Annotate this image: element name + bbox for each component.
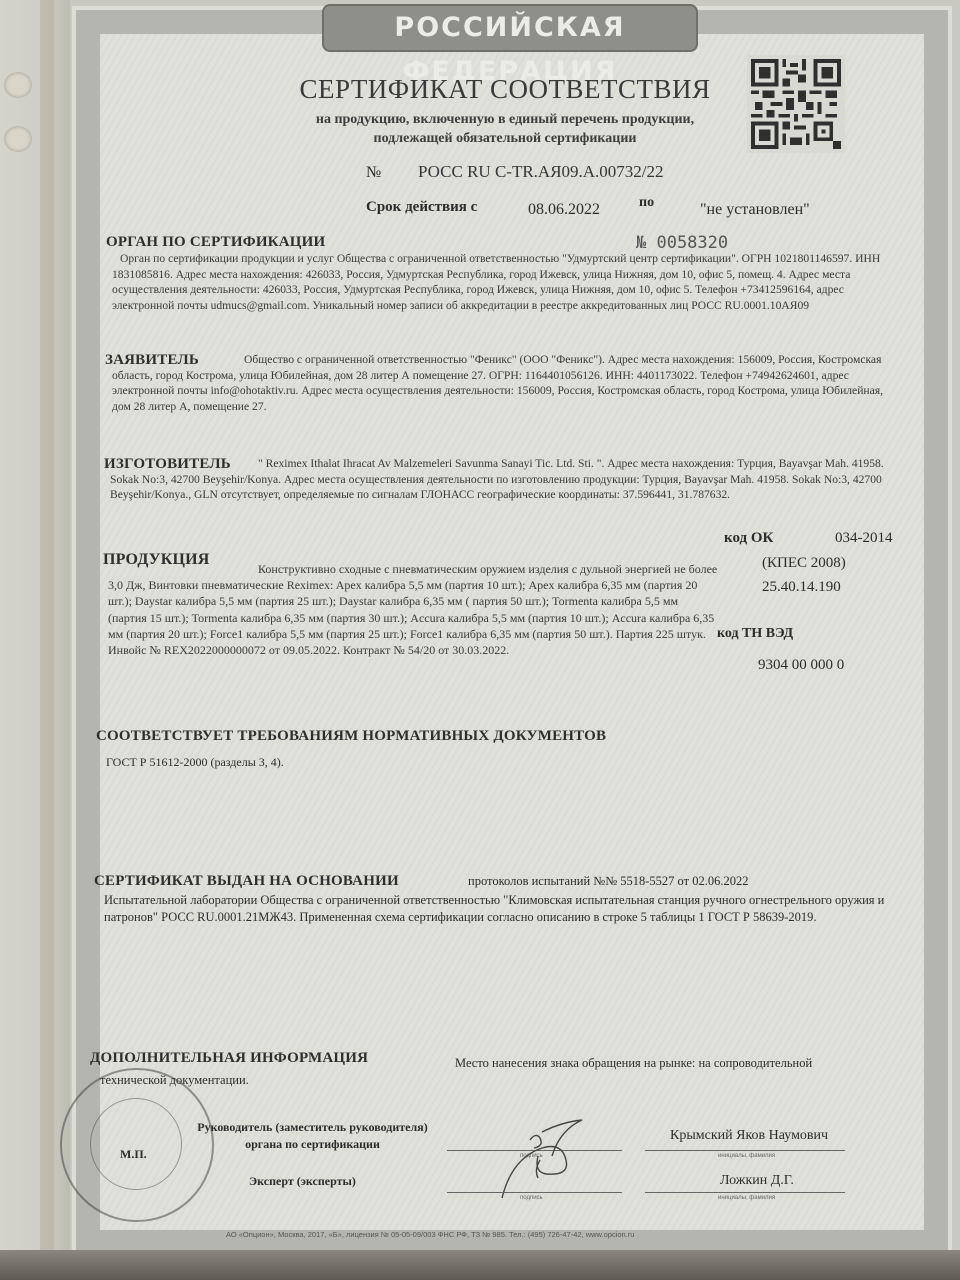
head-name: Крымский Яков Наумович [670,1128,828,1144]
punch-hole [4,72,32,98]
country-banner: РОССИЙСКАЯ ФЕДЕРАЦИЯ [322,4,698,52]
table-surface [0,1250,960,1280]
certification-body-text: Орган по сертификации продукции и услуг … [112,251,902,313]
applicant-content: Общество с ограниченной ответственностью… [112,353,883,413]
tnved-code: 9304 00 000 0 [758,657,844,674]
document-subtitle: на продукцию, включенную в единый перече… [270,110,740,148]
head-name-caption: инициалы, фамилия [718,1153,775,1159]
subtitle-line-2: подлежащей обязательной сертификации [270,129,740,148]
basis-protocols: протоколов испытаний №№ 5518-5527 от 02.… [468,874,748,889]
basis-text: Испытательной лаборатории Общества с огр… [104,892,904,926]
seal-label: М.П. [120,1147,147,1162]
expert-signature-line [447,1192,622,1193]
certification-body-heading: ОРГАН ПО СЕРТИФИКАЦИИ [106,234,325,251]
expert-name-line [645,1192,845,1193]
sleeve-strip [40,0,54,1280]
cert-number: РОСС RU C-TR.АЯ09.А.00732/22 [418,162,664,182]
applicant-text: Общество с ограниченной ответственностью… [112,352,904,414]
kpes-label: (КПЕС 2008) [762,555,846,572]
seal-inner-ring [90,1098,182,1190]
punch-hole [4,126,32,152]
expert-signature-caption: подпись [520,1195,543,1201]
expert-name: Ложкин Д.Г. [720,1173,794,1189]
product-content: Конструктивно сходные с пневматическим о… [108,562,717,657]
compliance-heading: СООТВЕТСТВУЕТ ТРЕБОВАНИЯМ НОРМАТИВНЫХ ДО… [96,728,606,745]
additional-info-heading: ДОПОЛНИТЕЛЬНАЯ ИНФОРМАЦИЯ [90,1050,368,1067]
valid-from: 08.06.2022 [528,201,600,219]
tnved-label: код ТН ВЭД [717,626,793,642]
expert-role: Эксперт (эксперты) [249,1174,356,1189]
basis-heading: СЕРТИФИКАТ ВЫДАН НА ОСНОВАНИИ [94,873,399,890]
printer-imprint: АО «Опцион», Москва, 2017, «Б», лицензия… [226,1230,634,1239]
manufacturer-text: " Reximex Ithalat Ihracat Av Malzemeleri… [110,456,910,503]
validity-label: Срок действия с [366,199,477,216]
product-text: Конструктивно сходные с пневматическим о… [108,561,718,658]
valid-to-label: по [639,195,654,211]
subtitle-line-1: на продукцию, включенную в единый перече… [270,110,740,129]
qr-code-icon [747,55,845,153]
okp-standard: 034-2014 [835,530,893,547]
okp-label: код ОК [724,530,773,547]
head-role-line-2: органа по сертификации [180,1136,445,1153]
additional-info-line-1: Место нанесения знака обращения на рынке… [455,1056,812,1071]
document-title: СЕРТИФИКАТ СООТВЕТСТВИЯ [290,74,720,105]
certification-body-content: Орган по сертификации продукции и услуг … [112,252,880,312]
head-name-line [645,1150,845,1151]
manufacturer-content: " Reximex Ithalat Ihracat Av Malzemeleri… [110,457,884,501]
head-role-line-1: Руководитель (заместитель руководителя) [180,1119,445,1136]
compliance-text: ГОСТ Р 51612-2000 (разделы 3, 4). [106,755,284,770]
okp-code: 25.40.14.190 [762,579,841,596]
plastic-sleeve [0,0,70,1280]
valid-to: "не установлен" [700,201,810,219]
expert-name-caption: инициалы, фамилия [718,1195,775,1201]
head-role: Руководитель (заместитель руководителя) … [180,1119,445,1153]
cert-number-label: № [366,164,381,182]
form-serial-number: № 0058320 [636,233,728,253]
